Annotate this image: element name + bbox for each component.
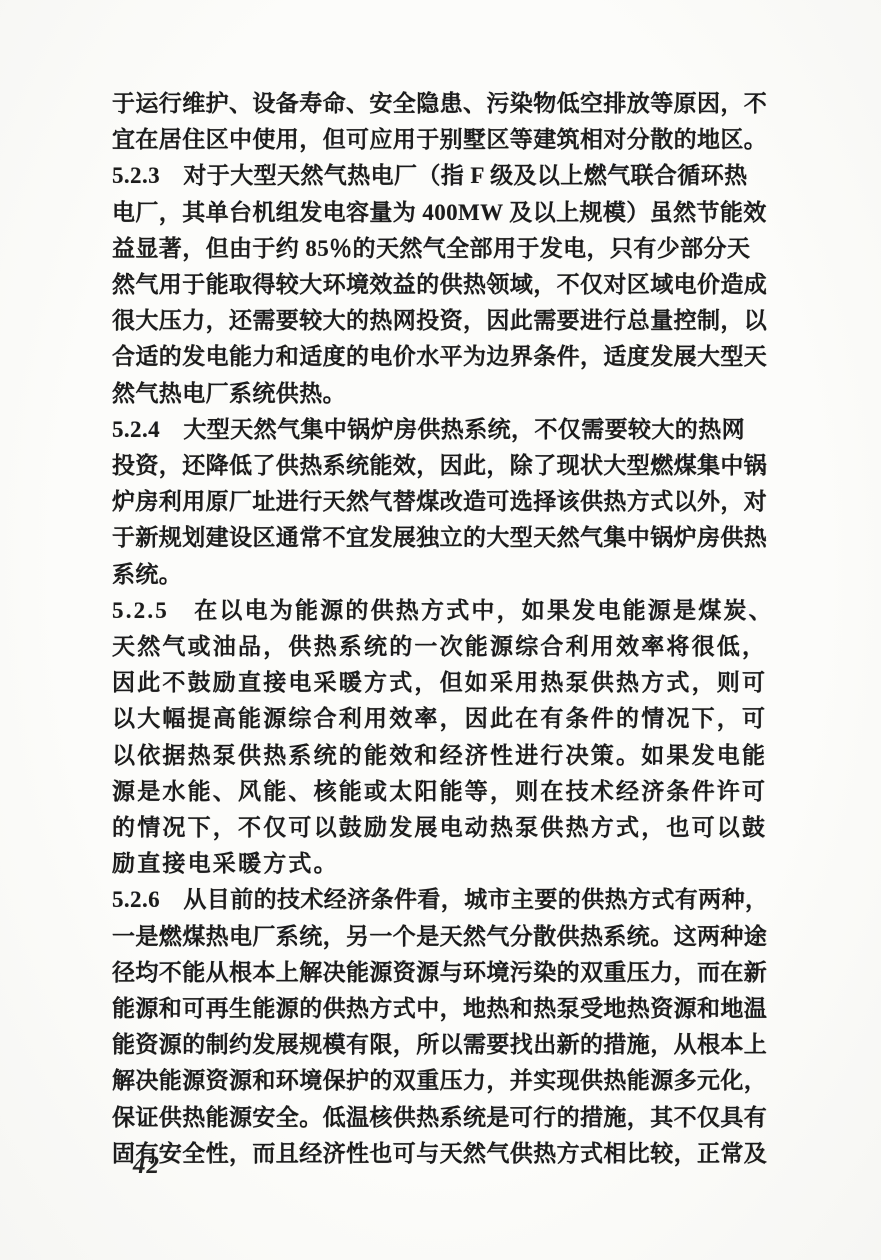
- text-line: 很大压力，还需要较大的热网投资，因此需要进行总量控制，以: [112, 303, 774, 339]
- text-line: 5.2.4 大型天然气集中锅炉房供热系统，不仅需要较大的热网: [112, 412, 774, 448]
- paragraph-section-5-2-4: 5.2.4 大型天然气集中锅炉房供热系统，不仅需要较大的热网投资，还降低了供热系…: [112, 412, 774, 593]
- paragraph-section-5-2-3: 5.2.3 对于大型天然气热电厂（指 F 级及以上燃气联合循环热电厂，其单台机组…: [112, 158, 774, 411]
- text-line: 解决能源资源和环境保护的双重压力，并实现供热能源多元化，: [112, 1063, 774, 1099]
- text-line: 炉房利用原厂址进行天然气替煤改造可选择该供热方式以外，对: [112, 484, 774, 520]
- text-line: 投资，还降低了供热系统能效，因此，除了现状大型燃煤集中锅: [112, 448, 774, 484]
- text-line: 合适的发电能力和适度的电价水平为边界条件，适度发展大型天: [112, 339, 774, 375]
- text-line: 的情况下，不仅可以鼓励发展电动热泵供热方式，也可以鼓: [112, 810, 774, 846]
- body-text: 于运行维护、设备寿命、安全隐患、污染物低空排放等原因，不宜在居住区中使用，但可应…: [112, 86, 774, 1172]
- text-line: 因此不鼓励直接电采暖方式，但如采用热泵供热方式，则可: [112, 665, 774, 701]
- text-line: 径均不能从根本上解决能源资源与环境污染的双重压力，而在新: [112, 955, 774, 991]
- text-line: 电厂，其单台机组发电容量为 400MW 及以上规模）虽然节能效: [112, 195, 774, 231]
- page-number: 42: [133, 1152, 160, 1180]
- text-line: 励直接电采暖方式。: [112, 846, 774, 882]
- text-line: 一是燃煤热电厂系统，另一个是天然气分散供热系统。这两种途: [112, 919, 774, 955]
- text-line: 然气用于能取得较大环境效益的供热领域，不仅对区域电价造成: [112, 267, 774, 303]
- text-line: 能资源的制约发展规模有限，所以需要找出新的措施，从根本上: [112, 1027, 774, 1063]
- text-line: 益显著，但由于约 85％的天然气全部用于发电，只有少部分天: [112, 231, 774, 267]
- text-line: 系统。: [112, 557, 774, 593]
- text-line: 5.2.5 在以电为能源的供热方式中，如果发电能源是煤炭、: [112, 593, 774, 629]
- text-line: 宜在居住区中使用，但可应用于别墅区等建筑相对分散的地区。: [112, 122, 774, 158]
- text-line: 于运行维护、设备寿命、安全隐患、污染物低空排放等原因，不: [112, 86, 774, 122]
- text-line: 能源和可再生能源的供热方式中，地热和热泵受地热资源和地温: [112, 991, 774, 1027]
- text-line: 以依据热泵供热系统的能效和经济性进行决策。如果发电能: [112, 738, 774, 774]
- text-line: 5.2.3 对于大型天然气热电厂（指 F 级及以上燃气联合循环热: [112, 158, 774, 194]
- scanned-document-page: 于运行维护、设备寿命、安全隐患、污染物低空排放等原因，不宜在居住区中使用，但可应…: [0, 0, 881, 1260]
- paragraph-section-5-2-6: 5.2.6 从目前的技术经济条件看，城市主要的供热方式有两种，一是燃煤热电厂系统…: [112, 882, 774, 1172]
- paragraph-section-5-2-5: 5.2.5 在以电为能源的供热方式中，如果发电能源是煤炭、天然气或油品，供热系统…: [112, 593, 774, 883]
- text-line: 保证供热能源安全。低温核供热系统是可行的措施，其不仅具有: [112, 1100, 774, 1136]
- text-line: 5.2.6 从目前的技术经济条件看，城市主要的供热方式有两种，: [112, 882, 774, 918]
- text-line: 固有安全性，而且经济性也可与天然气供热方式相比较，正常及: [112, 1136, 774, 1172]
- text-line: 源是水能、风能、核能或太阳能等，则在技术经济条件许可: [112, 774, 774, 810]
- paragraph-continuation: 于运行维护、设备寿命、安全隐患、污染物低空排放等原因，不宜在居住区中使用，但可应…: [112, 86, 774, 158]
- text-line: 以大幅提高能源综合利用效率，因此在有条件的情况下，可: [112, 701, 774, 737]
- text-line: 天然气或油品，供热系统的一次能源综合利用效率将很低，: [112, 629, 774, 665]
- text-line: 然气热电厂系统供热。: [112, 376, 774, 412]
- text-line: 于新规划建设区通常不宜发展独立的大型天然气集中锅炉房供热: [112, 520, 774, 556]
